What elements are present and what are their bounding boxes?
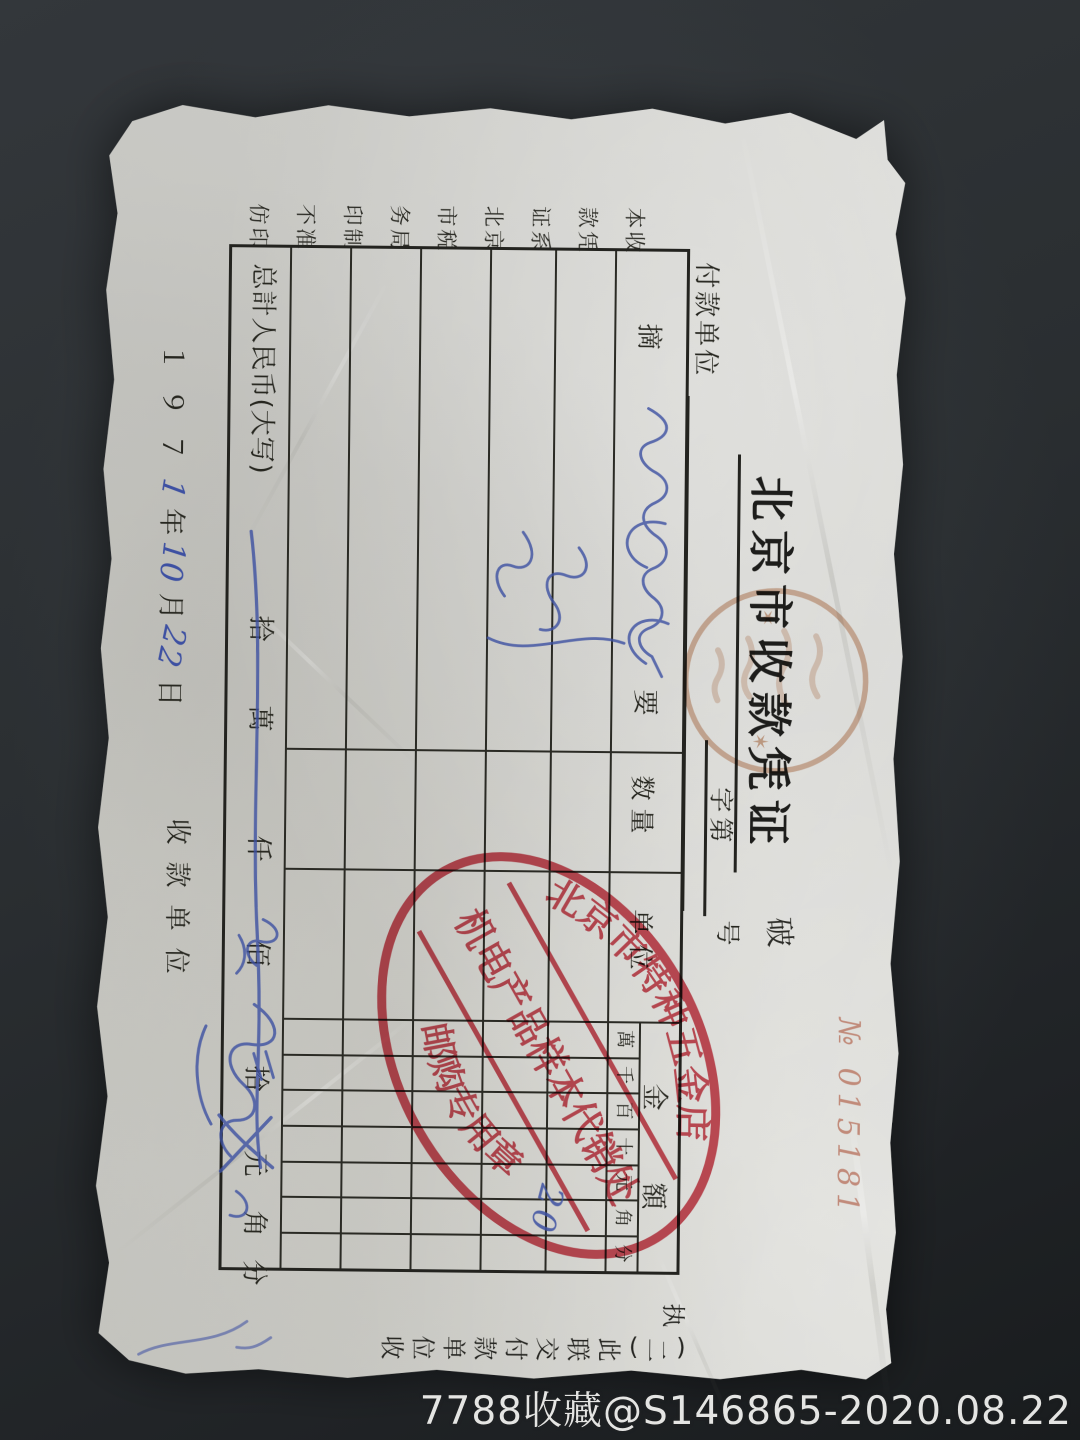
receipt-document: 本收款凭证系北京市税务局印制不准仿印 付款单位 北京市收款凭证 字第 号 破 №… bbox=[88, 98, 911, 1386]
handwritten-payer-scribble bbox=[638, 408, 668, 676]
collector-watermark: 7788收藏@S146865-2020.08.22 bbox=[420, 1380, 1072, 1436]
handwritten-summary-note bbox=[497, 532, 533, 596]
handwritten-summary-note bbox=[540, 547, 586, 630]
photo-scene: 本收款凭证系北京市税务局印制不准仿印 付款单位 北京市收款凭证 字第 号 破 №… bbox=[0, 0, 1080, 1440]
total-row-strikethrough bbox=[245, 531, 268, 1167]
red-oval-stamp: 北京市特种五金店 机电产品样本代销处 邮购专用章 bbox=[366, 834, 731, 1278]
edge-ink-stroke bbox=[139, 1320, 271, 1355]
handwritten-amount-scribble bbox=[230, 1191, 247, 1216]
handwritten-summary-note bbox=[488, 637, 624, 647]
